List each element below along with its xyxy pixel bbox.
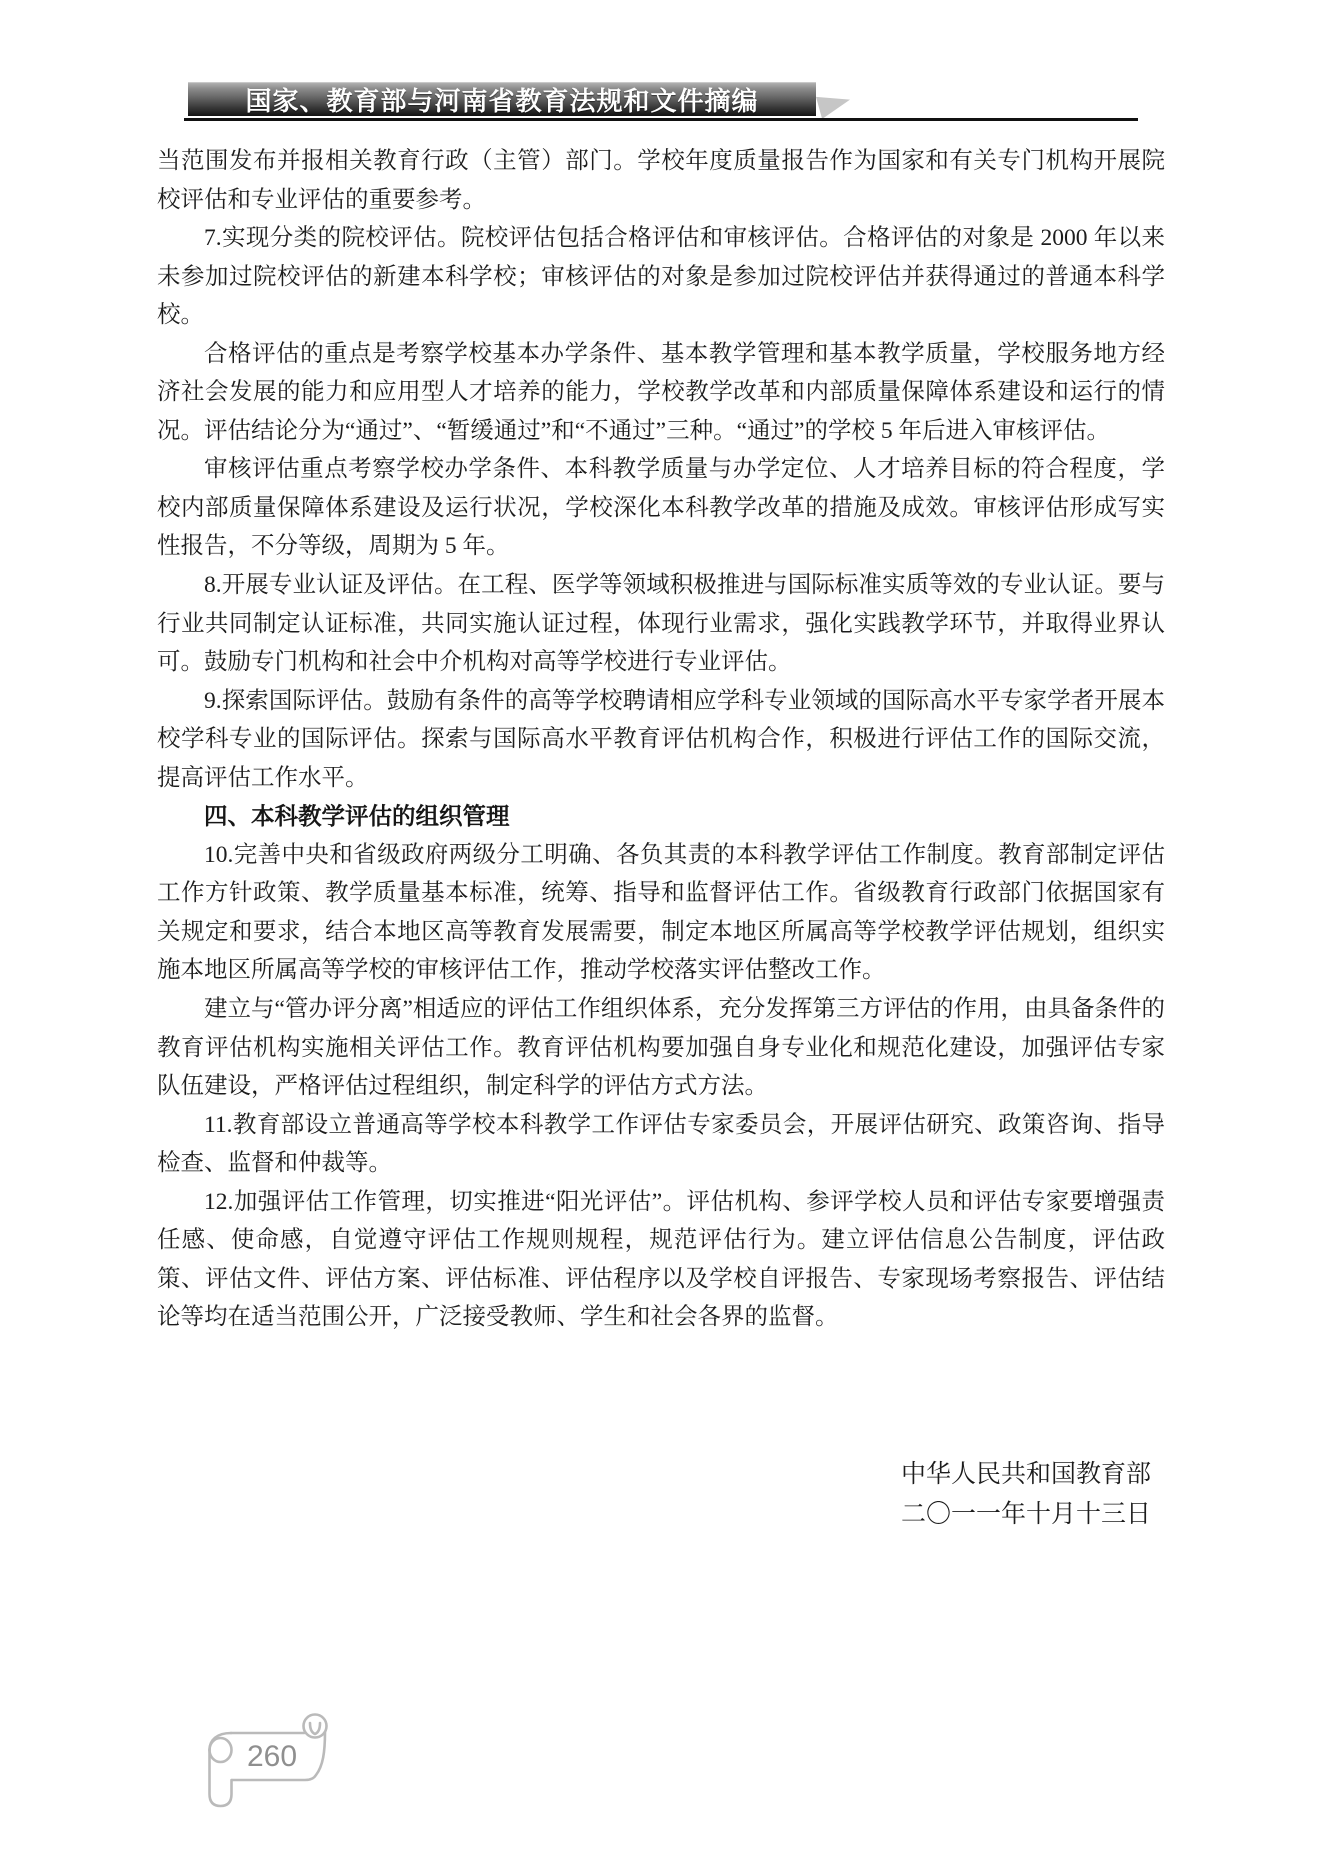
paragraph: 11.教育部设立普通高等学校本科教学工作评估专家委员会，开展评估研究、政策咨询、…	[157, 1106, 1165, 1183]
banner-title: 国家、教育部与河南省教育法规和文件摘编	[245, 81, 758, 118]
paragraph: 当范围发布并报相关教育行政（主管）部门。学校年度质量报告作为国家和有关专门机构开…	[157, 142, 1165, 219]
paragraph: 10.完善中央和省级政府两级分工明确、各负其责的本科教学评估工作制度。教育部制定…	[157, 836, 1165, 990]
paragraph: 7.实现分类的院校评估。院校评估包括合格评估和审核评估。合格评估的对象是 200…	[157, 219, 1165, 335]
signature-block: 中华人民共和国教育部 二〇一一年十月十三日	[901, 1455, 1165, 1535]
signature-organization: 中华人民共和国教育部	[901, 1455, 1165, 1495]
paragraph: 审核评估重点考察学校办学条件、本科教学质量与办学定位、人才培养目标的符合程度，学…	[157, 450, 1165, 566]
paragraph: 建立与“管办评分离”相适应的评估工作组织体系，充分发挥第三方评估的作用，由具备条…	[157, 990, 1165, 1106]
document-body: 当范围发布并报相关教育行政（主管）部门。学校年度质量报告作为国家和有关专门机构开…	[157, 142, 1165, 1535]
paragraph: 合格评估的重点是考察学校基本办学条件、基本教学管理和基本教学质量，学校服务地方经…	[157, 335, 1165, 451]
header-rule	[184, 118, 1138, 121]
signature-date: 二〇一一年十月十三日	[901, 1495, 1165, 1535]
paragraph: 12.加强评估工作管理，切实推进“阳光评估”。评估机构、参评学校人员和评估专家要…	[157, 1183, 1165, 1337]
paragraph: 9.探索国际评估。鼓励有条件的高等学校聘请相应学科专业领域的国际高水平专家学者开…	[157, 682, 1165, 798]
header-banner: 国家、教育部与河南省教育法规和文件摘编	[188, 82, 816, 116]
page-number: 260	[232, 1740, 312, 1774]
section-heading: 四、本科教学评估的组织管理	[157, 797, 1165, 836]
document-page: 国家、教育部与河南省教育法规和文件摘编 当范围发布并报相关教育行政（主管）部门。…	[0, 0, 1323, 1871]
paragraph: 8.开展专业认证及评估。在工程、医学等领域积极推进与国际标准实质等效的专业认证。…	[157, 566, 1165, 682]
banner-fold-icon	[816, 96, 850, 119]
